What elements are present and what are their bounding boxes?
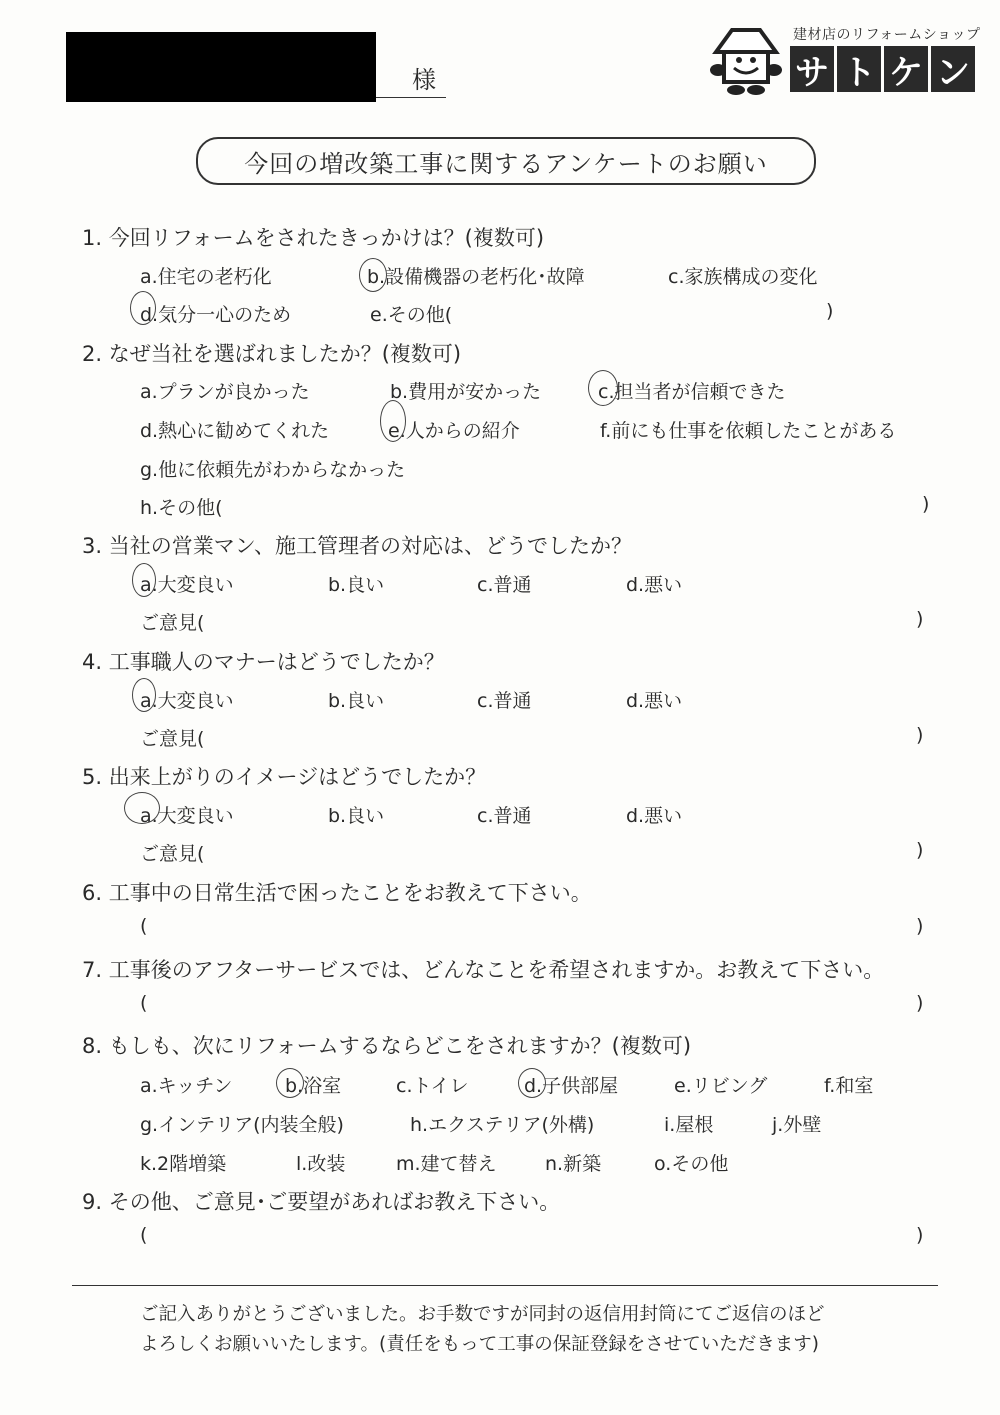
q9-answer-open[interactable]: (	[140, 1224, 147, 1246]
q3-option-d[interactable]: d.悪い	[626, 570, 682, 597]
q4-comment-close: )	[916, 724, 923, 746]
selection-circle-mark	[130, 291, 156, 325]
question-7: 7. 工事後のアフターサービスでは、どんなことを希望されますか。お教えて下さい。	[82, 954, 884, 984]
honorific: 様	[412, 60, 436, 95]
selection-circle-mark	[132, 563, 156, 597]
q2-option-b[interactable]: b.費用が安かった	[390, 377, 541, 404]
q6-answer-open[interactable]: (	[140, 915, 147, 937]
q5-option-b[interactable]: b.良い	[328, 801, 384, 828]
q1-option-a[interactable]: a.住宅の老朽化	[140, 262, 272, 289]
selection-circle-mark	[380, 400, 406, 442]
q8-option-g[interactable]: g.インテリア(内装全般)	[140, 1110, 344, 1137]
q2-option-c[interactable]: c.担当者が信頼できた	[598, 377, 786, 404]
q1-option-b[interactable]: b.設備機器の老朽化･故障	[367, 262, 585, 289]
question-9: 9. その他、ご意見･ご要望があればお教え下さい。	[82, 1186, 560, 1216]
q3-option-b[interactable]: b.良い	[328, 570, 384, 597]
footer-divider	[72, 1285, 938, 1286]
q8-option-a[interactable]: a.キッチン	[140, 1071, 232, 1098]
q5-comment-label[interactable]: ご意見(	[140, 839, 204, 866]
recipient-name-redacted	[66, 32, 376, 102]
selection-circle-mark	[124, 792, 160, 824]
question-2: 2. なぜ当社を選ばれましたか？(複数可)	[82, 338, 461, 368]
q7-answer-close: )	[916, 992, 923, 1014]
selection-circle-mark	[132, 678, 156, 712]
q8-option-o[interactable]: o.その他	[654, 1149, 728, 1176]
q4-option-b[interactable]: b.良い	[328, 686, 384, 713]
q8-option-f[interactable]: f.和室	[824, 1071, 873, 1098]
footer-line-1: ご記入ありがとうございました。お手数ですが同封の返信用封筒にてご返信のほど	[140, 1300, 825, 1326]
q8-option-c[interactable]: c.トイレ	[396, 1071, 469, 1098]
q8-option-e[interactable]: e.リビング	[674, 1071, 767, 1098]
selection-circle-mark	[588, 370, 618, 406]
q8-option-l[interactable]: l.改装	[296, 1149, 345, 1176]
q4-comment-label[interactable]: ご意見(	[140, 724, 204, 751]
q5-comment-close: )	[916, 839, 923, 861]
selection-circle-mark	[518, 1068, 546, 1098]
question-6: 6. 工事中の日常生活で困ったことをお教えて下さい。	[82, 877, 592, 907]
q2-option-f[interactable]: f.前にも仕事を依頼したことがある	[600, 416, 896, 443]
question-3: 3. 当社の営業マン、施工管理者の対応は、どうでしたか？	[82, 530, 632, 560]
q4-option-d[interactable]: d.悪い	[626, 686, 682, 713]
logo-name: サ ト ケ ン	[790, 46, 975, 92]
q5-option-c[interactable]: c.普通	[477, 801, 532, 828]
q8-option-k[interactable]: k.2階増築	[140, 1149, 226, 1176]
q5-option-d[interactable]: d.悪い	[626, 801, 682, 828]
q6-answer-close: )	[916, 915, 923, 937]
q3-option-c[interactable]: c.普通	[477, 570, 532, 597]
q2-option-h[interactable]: h.その他(	[140, 493, 223, 520]
q3-comment-label[interactable]: ご意見(	[140, 608, 204, 635]
logo-char: ト	[837, 46, 881, 92]
selection-circle-mark	[276, 1068, 304, 1098]
question-1: 1. 今回リフォームをされたきっかけは？(複数可)	[82, 222, 544, 252]
name-underline	[376, 97, 446, 98]
q2-option-d[interactable]: d.熱心に勧めてくれた	[140, 416, 329, 443]
q7-answer-open[interactable]: (	[140, 992, 147, 1014]
selection-circle-mark	[359, 258, 387, 292]
q2-other-close: )	[922, 493, 929, 515]
q8-option-j[interactable]: j.外壁	[772, 1110, 821, 1137]
q8-option-m[interactable]: m.建て替え	[396, 1149, 497, 1176]
q8-option-n[interactable]: n.新築	[545, 1149, 601, 1176]
logo-char: ン	[931, 46, 975, 92]
survey-title: 今回の増改築工事に関するアンケートのお願い	[196, 137, 816, 185]
q8-option-h[interactable]: h.エクステリア(外構)	[410, 1110, 594, 1137]
q1-option-d[interactable]: d.気分一心のため	[140, 300, 291, 327]
question-5: 5. 出来上がりのイメージはどうでしたか？	[82, 761, 486, 791]
q9-answer-close: )	[916, 1224, 923, 1246]
logo-char: サ	[790, 46, 834, 92]
q3-comment-close: )	[916, 608, 923, 630]
q8-option-i[interactable]: i.屋根	[664, 1110, 713, 1137]
house-mascot-icon	[708, 24, 784, 98]
company-logo: 建材店のリフォームショップ サ ト ケ ン	[708, 22, 978, 98]
footer-line-2: よろしくお願いいたします。(責任をもって工事の保証登録をさせていただきます)	[140, 1330, 819, 1356]
q1-option-c[interactable]: c.家族構成の変化	[668, 262, 818, 289]
q4-option-c[interactable]: c.普通	[477, 686, 532, 713]
question-4: 4. 工事職人のマナーはどうでしたか？	[82, 646, 445, 676]
q2-option-e[interactable]: e.人からの紹介	[388, 416, 520, 443]
q1-option-e[interactable]: e.その他(	[370, 300, 452, 327]
q1-other-close: )	[826, 300, 833, 322]
logo-char: ケ	[884, 46, 928, 92]
logo-tagline: 建材店のリフォームショップ	[793, 24, 981, 44]
question-8: 8. もしも、次にリフォームするならどこをされますか？(複数可)	[82, 1030, 691, 1060]
q2-option-g[interactable]: g.他に依頼先がわからなかった	[140, 455, 405, 482]
q2-option-a[interactable]: a.プランが良かった	[140, 377, 310, 404]
